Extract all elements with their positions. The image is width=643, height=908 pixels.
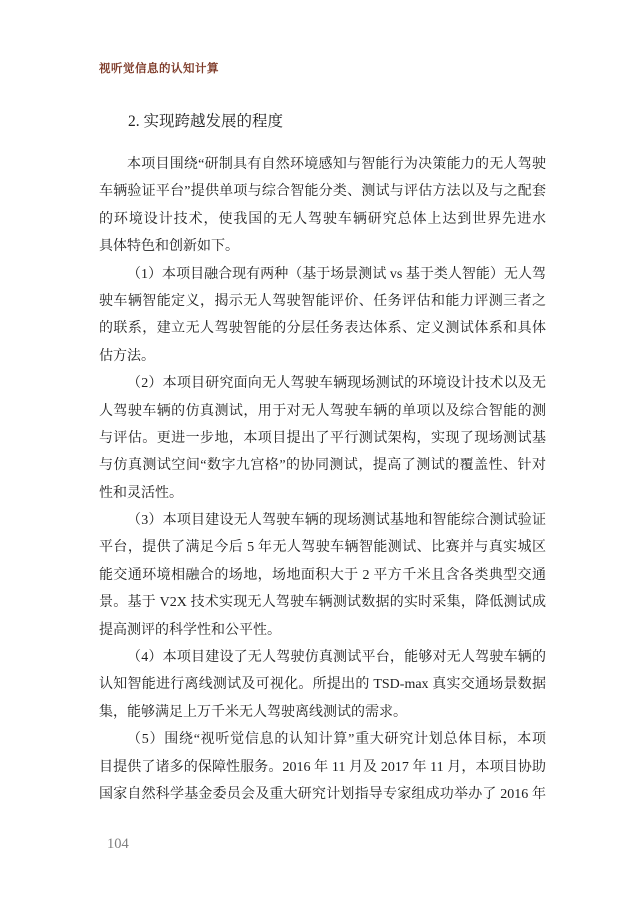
paragraph: （3）本项目建设无人驾驶车辆的现场测试基地和智能综合测试验证平台，提供了满足今后…	[99, 507, 546, 644]
paragraph: （5）围绕“视听觉信息的认知计算”重大研究计划总体目标，本项目提供了诸多的保障性…	[99, 726, 546, 808]
paragraph: （2）本项目研究面向无人驾驶车辆现场测试的环境设计技术以及无人驾驶车辆的仿真测试…	[99, 370, 546, 507]
body-line: （5）围绕“视听觉信息的认知计算”重大研究计划总体目标，本项	[99, 726, 546, 753]
body-line: 性和灵活性。	[99, 480, 546, 507]
page-number: 104	[107, 836, 129, 853]
running-head: 视听觉信息的认知计算	[99, 60, 219, 76]
section-heading: 2. 实现跨越发展的程度	[128, 109, 283, 131]
body-line: （4）本项目建设了无人驾驶仿真测试平台，能够对无人驾驶车辆的	[99, 644, 546, 671]
body-line: 驶车辆智能定义，揭示无人驾驶智能评价、任务评估和能力评测三者之间	[99, 288, 546, 315]
body-line: 本项目围绕“研制具有自然环境感知与智能行为决策能力的无人驾驶	[99, 151, 546, 178]
body-line: 的环境设计技术，使我国的无人驾驶车辆研究总体上达到世界先进水平。	[99, 206, 546, 233]
paragraph: 本项目围绕“研制具有自然环境感知与智能行为决策能力的无人驾驶车辆验证平台”提供单…	[99, 151, 546, 261]
paragraph: （1）本项目融合现有两种（基于场景测试 vs 基于类人智能）无人驾驶车辆智能定义…	[99, 261, 546, 371]
body-line: 平台，提供了满足今后 5 年无人驾驶车辆智能测试、比赛并与真实城区智	[99, 534, 546, 561]
body-line: 能交通环境相融合的场地，场地面积大于 2 平方千米且含各类典型交通场	[99, 562, 546, 589]
paragraph: （4）本项目建设了无人驾驶仿真测试平台，能够对无人驾驶车辆的认知智能进行离线测试…	[99, 644, 546, 726]
body-line: 的联系，建立无人驾驶智能的分层任务表达体系、定义测试体系和具体评	[99, 315, 546, 342]
body-line: 具体特色和创新如下。	[99, 233, 546, 260]
body-line: 目提供了诸多的保障性服务。2016 年 11 月及 2017 年 11 月，本项…	[99, 754, 546, 781]
body-line: 人驾驶车辆的仿真测试，用于对无人驾驶车辆的单项以及综合智能的测试	[99, 398, 546, 425]
body-text: 本项目围绕“研制具有自然环境感知与智能行为决策能力的无人驾驶车辆验证平台”提供单…	[99, 151, 546, 808]
body-line: 认知智能进行离线测试及可视化。所提出的 TSD-max 真实交通场景数据	[99, 671, 546, 698]
body-line: （2）本项目研究面向无人驾驶车辆现场测试的环境设计技术以及无	[99, 370, 546, 397]
body-line: 国家自然科学基金委员会及重大研究计划指导专家组成功举办了 2016 年	[99, 781, 546, 808]
body-line: （3）本项目建设无人驾驶车辆的现场测试基地和智能综合测试验证	[99, 507, 546, 534]
body-line: 估方法。	[99, 343, 546, 370]
body-line: 集，能够满足上万千米无人驾驶离线测试的需求。	[99, 699, 546, 726]
body-line: 提高测评的科学性和公平性。	[99, 617, 546, 644]
body-line: 与评估。更进一步地，本项目提出了平行测试架构，实现了现场测试基地	[99, 425, 546, 452]
body-line: 景。基于 V2X 技术实现无人驾驶车辆测试数据的实时采集，降低测试成本，	[99, 589, 546, 616]
document-page: 视听觉信息的认知计算 2. 实现跨越发展的程度 本项目围绕“研制具有自然环境感知…	[0, 0, 643, 908]
body-line: （1）本项目融合现有两种（基于场景测试 vs 基于类人智能）无人驾	[99, 261, 546, 288]
body-line: 车辆验证平台”提供单项与综合智能分类、测试与评估方法以及与之配套	[99, 178, 546, 205]
body-line: 与仿真测试空间“数字九宫格”的协同测试，提高了测试的覆盖性、针对	[99, 452, 546, 479]
